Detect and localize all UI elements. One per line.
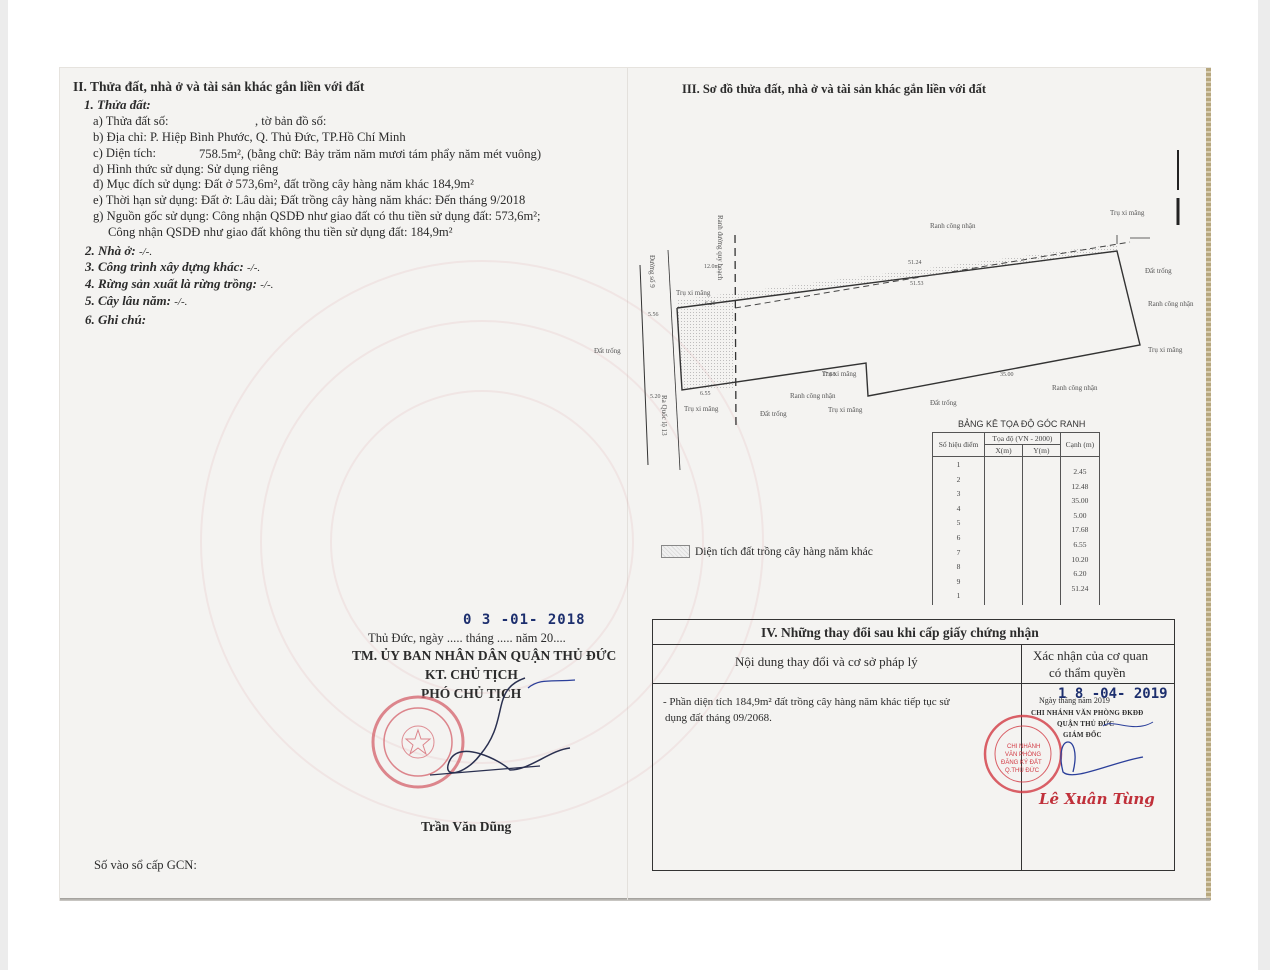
- item-notes: 6. Ghi chú:: [85, 312, 146, 328]
- col-x: X(m): [985, 445, 1023, 457]
- item-house: 2. Nhà ở: -/-.: [85, 243, 152, 259]
- area-label: c) Diện tích:: [93, 146, 156, 161]
- official-seal-and-signature: [370, 670, 590, 810]
- svg-text:5.56: 5.56: [648, 312, 659, 318]
- point-id: 7: [935, 546, 982, 561]
- parcel-diagram: Ranh công nhận Trụ xi măng Đất trống Ran…: [590, 140, 1210, 470]
- section2-heading: II. Thửa đất, nhà ở và tài sản khác gắn …: [73, 79, 364, 95]
- usage-term: e) Thời hạn sử dụng: Đất ở: Lâu dài; Đất…: [93, 193, 525, 208]
- svg-text:Ranh công nhận: Ranh công nhận: [1052, 384, 1098, 392]
- svg-text:Trụ xi măng: Trụ xi măng: [1148, 346, 1183, 354]
- edge-length: 5.00: [1063, 509, 1097, 524]
- coordinate-table: Số hiệu điểm Tọa độ (VN - 2000) Cạnh (m)…: [932, 432, 1100, 605]
- svg-text:CHI NHÁNH: CHI NHÁNH: [1007, 743, 1040, 750]
- change-entry-line-2: dụng đất tháng 09/2068.: [665, 712, 772, 724]
- edge-length: 51.24: [1063, 582, 1097, 597]
- confirm-date-stamp: 1 8 -04- 2019: [1058, 686, 1168, 702]
- parcel-number-label: a) Thửa đất số:: [93, 114, 169, 129]
- point-id: 9: [935, 575, 982, 590]
- point-list: 1234567891: [933, 457, 985, 605]
- issue-date-stamp: 0 3 -01- 2018: [463, 612, 586, 628]
- seal-icon: CHI NHÁNH VĂN PHÒNG ĐĂNG KÝ ĐẤT Q.THỦ ĐỨ…: [985, 716, 1061, 792]
- svg-text:Đất trống: Đất trống: [594, 347, 621, 355]
- coord-table-title: BẢNG KÊ TỌA ĐỘ GÓC RANH: [958, 419, 1085, 429]
- svg-text:51.24: 51.24: [908, 260, 922, 266]
- y-list: [1022, 457, 1060, 605]
- svg-text:35.00: 35.00: [1000, 372, 1014, 378]
- usage-form: d) Hình thức sử dụng: Sử dụng riêng: [93, 162, 278, 177]
- svg-text:Trụ xi măng: Trụ xi măng: [676, 289, 711, 297]
- svg-text:Đường số 9: Đường số 9: [648, 255, 656, 288]
- sheet-bottom-edge: [60, 898, 1210, 901]
- initials-stroke: [528, 680, 575, 688]
- viewer-scrollbar-area[interactable]: [1258, 0, 1270, 970]
- col-y: Y(m): [1022, 445, 1060, 457]
- col-confirm-2: có thẩm quyền: [1049, 665, 1126, 681]
- item-planted-forest: 4. Rừng sản xuất là rừng trồng: -/-.: [85, 276, 273, 292]
- edge-length: 6.20: [1063, 567, 1097, 582]
- svg-text:17.68: 17.68: [822, 372, 836, 378]
- viewer-margin-left: [0, 0, 8, 970]
- point-id: 1: [935, 589, 982, 604]
- signer-name: Trần Văn Dũng: [421, 819, 511, 835]
- annual-crop-strip: [677, 244, 1117, 308]
- svg-text:Trụ xi măng: Trụ xi măng: [684, 405, 719, 413]
- point-id: 3: [935, 487, 982, 502]
- section4-heading: IV. Những thay đổi sau khi cấp giấy chứn…: [761, 625, 1039, 641]
- svg-text:Ranh đường quy hoạch: Ranh đường quy hoạch: [716, 215, 724, 281]
- edge-length: 10.20: [1063, 553, 1097, 568]
- point-id: 1: [935, 458, 982, 473]
- x-list: [985, 457, 1023, 605]
- edge-list: 2.4512.4835.005.0017.686.5510.206.2051.2…: [1060, 457, 1099, 605]
- col-change-content: Nội dung thay đổi và cơ sở pháp lý: [735, 654, 918, 670]
- svg-text:5.20: 5.20: [650, 394, 661, 400]
- edge-length: 2.45: [1063, 465, 1097, 480]
- svg-text:6.55: 6.55: [700, 391, 711, 397]
- legend-swatch: [661, 545, 690, 558]
- edge-length: 17.68: [1063, 523, 1097, 538]
- changes-table: IV. Những thay đổi sau khi cấp giấy chứn…: [652, 619, 1175, 871]
- registry-number-label: Số vào sổ cấp GCN:: [94, 858, 197, 873]
- point-id: 2: [935, 473, 982, 488]
- initials-stroke: [1103, 722, 1153, 727]
- boundary-label: Ranh công nhận: [930, 222, 976, 230]
- edge-length: 6.55: [1063, 538, 1097, 553]
- annual-crop-corner: [677, 302, 735, 390]
- point-id: 6: [935, 531, 982, 546]
- svg-text:Đất trống: Đất trống: [930, 399, 957, 407]
- svg-text:VĂN PHÒNG: VĂN PHÒNG: [1005, 751, 1041, 758]
- col-edge: Cạnh (m): [1060, 433, 1099, 457]
- issuing-org: TM. ỦY BAN NHÂN DÂN QUẬN THỦ ĐỨC: [352, 648, 616, 664]
- svg-text:Đất trống: Đất trống: [760, 410, 787, 418]
- map-sheet-label: , tờ bản đồ số:: [255, 114, 326, 129]
- svg-text:Đất trống: Đất trống: [1145, 267, 1172, 275]
- address-line: b) Địa chỉ: P. Hiệp Bình Phước, Q. Thủ Đ…: [93, 130, 406, 145]
- svg-text:ĐĂNG KÝ ĐẤT: ĐĂNG KÝ ĐẤT: [1001, 759, 1042, 766]
- svg-text:Trụ xi măng: Trụ xi măng: [1110, 209, 1145, 217]
- point-id: 4: [935, 502, 982, 517]
- svg-text:Ra Quốc lộ 13: Ra Quốc lộ 13: [660, 395, 668, 436]
- edge-length: 12.48: [1063, 480, 1097, 495]
- usage-origin-2: Công nhận QSDĐ như giao đất không thu ti…: [108, 225, 453, 240]
- usage-purpose: đ) Mục đích sử dụng: Đất ở 573,6m², đất …: [93, 177, 474, 192]
- signature-stroke: [1061, 742, 1143, 775]
- usage-origin-1: g) Nguồn gốc sử dụng: Công nhận QSDĐ như…: [93, 209, 541, 224]
- legend-label: Diện tích đất trồng cây hàng năm khác: [695, 546, 873, 558]
- svg-text:Ranh công nhận: Ranh công nhận: [790, 392, 836, 400]
- confirm-signer-name: Lê Xuân Tùng: [1039, 790, 1155, 808]
- col-point: Số hiệu điểm: [933, 433, 985, 457]
- item-perennial-trees: 5. Cây lâu năm: -/-.: [85, 293, 187, 309]
- col-coord: Tọa độ (VN - 2000): [985, 433, 1061, 445]
- signature-underline: [430, 766, 540, 775]
- col-confirm-1: Xác nhận của cơ quan: [1033, 648, 1148, 664]
- item-other-construction: 3. Công trình xây dựng khác: -/-.: [85, 259, 260, 275]
- svg-text:Ranh công nhận: Ranh công nhận: [1148, 300, 1194, 308]
- point-id: 8: [935, 560, 982, 575]
- svg-text:51.53: 51.53: [910, 281, 924, 287]
- svg-text:Trụ xi măng: Trụ xi măng: [828, 406, 863, 414]
- change-entry-line-1: - Phần diện tích 184,9m² đất trồng cây h…: [663, 696, 950, 708]
- parcel-heading: 1. Thửa đất:: [84, 97, 151, 113]
- area-value: 758.5m², (bằng chữ: Bảy trăm năm mươi tá…: [199, 147, 541, 162]
- point-id: 5: [935, 516, 982, 531]
- section3-heading: III. Sơ đồ thửa đất, nhà ở và tài sản kh…: [682, 82, 986, 97]
- svg-text:6.20: 6.20: [705, 301, 716, 307]
- place-date-line: Thủ Đức, ngày ..... tháng ..... năm 20..…: [368, 631, 566, 646]
- svg-text:Q.THỦ ĐỨC: Q.THỦ ĐỨC: [1005, 767, 1040, 774]
- signature-stroke: [448, 678, 570, 773]
- edge-length: 35.00: [1063, 494, 1097, 509]
